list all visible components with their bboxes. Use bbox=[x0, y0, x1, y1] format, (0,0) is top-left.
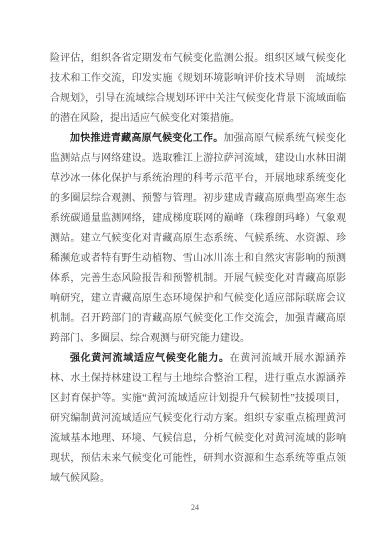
document-page: 险评估，组织各省定期发布气候变化监测公报。组织区域气候变化技术和工作交流，印发实… bbox=[0, 0, 390, 551]
paragraph-yellow-river-basin: 强化黄河流域适应气候变化能力。在黄河流域开展水源涵养林、水土保持林建设工程与土地… bbox=[50, 349, 346, 489]
paragraph-qinghai-tibet-plateau: 加快推进青藏高原气候变化工作。加强高原气候系统气候变化监测站点与网络建设。选取雅… bbox=[50, 129, 346, 349]
paragraph-lead: 加快推进青藏高原气候变化工作。 bbox=[70, 133, 223, 144]
paragraph-text: 加强高原气候系统气候变化监测站点与网络建设。选取雅江上游拉萨河流域，建设山水林田… bbox=[50, 133, 346, 344]
body-text: 险评估，组织各省定期发布气候变化监测公报。组织区域气候变化技术和工作交流，印发实… bbox=[50, 49, 346, 489]
paragraph-lead: 强化黄河流域适应气候变化能力。 bbox=[70, 353, 230, 364]
page-number: 24 bbox=[0, 502, 390, 514]
paragraph-continuation: 险评估，组织各省定期发布气候变化监测公报。组织区域气候变化技术和工作交流，印发实… bbox=[50, 49, 346, 129]
paragraph-text: 在黄河流域开展水源涵养林、水土保持林建设工程与土地综合整治工程，进行重点水源涵养… bbox=[50, 353, 346, 484]
paragraph-text: 险评估，组织各省定期发布气候变化监测公报。组织区域气候变化技术和工作交流，印发实… bbox=[50, 53, 346, 124]
